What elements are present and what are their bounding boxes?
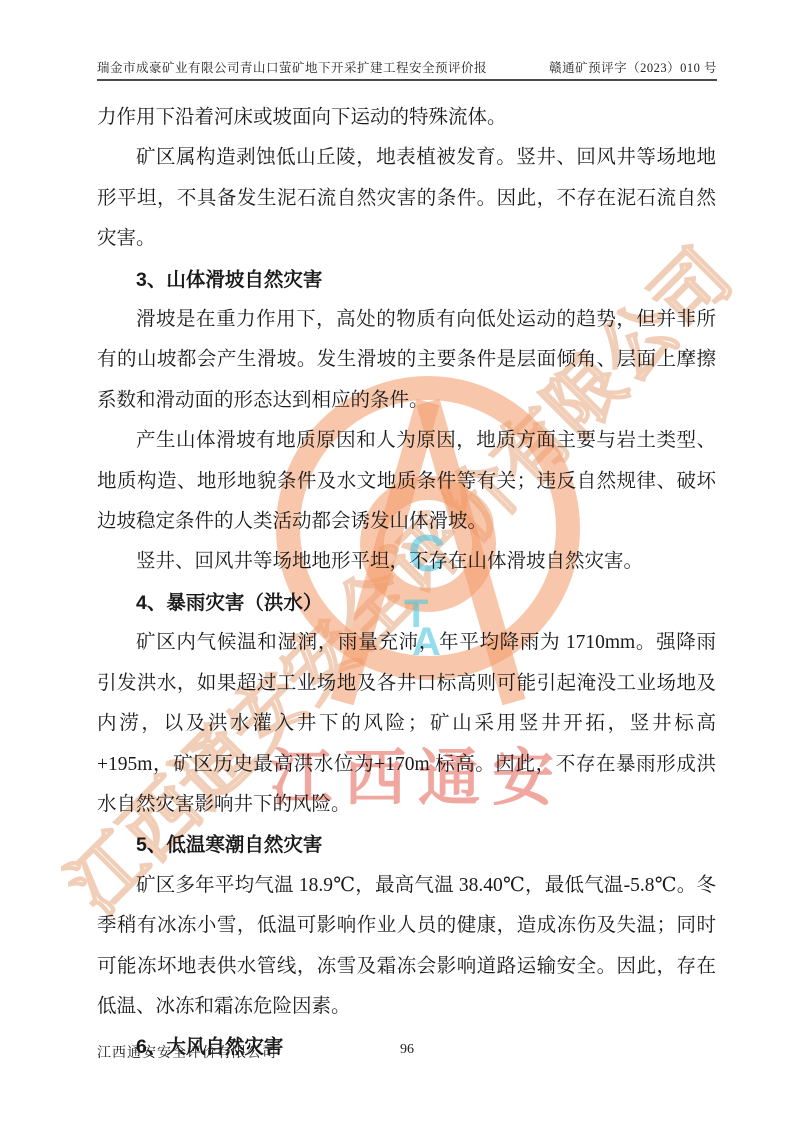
- paragraph-rainstorm-flood: 矿区内气候温和湿润，雨量充沛，年平均降雨为 1710mm。强降雨引发洪水，如果超…: [97, 623, 716, 825]
- header-document-number: 赣通矿预评字（2023）010 号: [549, 58, 717, 76]
- section-heading-cold-wave: 5、低温寒潮自然灾害: [97, 825, 716, 865]
- paragraph-landslide-causes: 产生山体滑坡有地质原因和人为原因，地质方面主要与岩土类型、地质构造、地形地貌条件…: [97, 421, 716, 542]
- document-page: 江西通安安全评价有限公司 C T A 江西通安 瑞金市成豪矿业有限公司青山口萤矿…: [0, 0, 800, 1131]
- paragraph-debris-flow-continuation: 力作用下沿着河床或坡面向下运动的特殊流体。: [97, 98, 716, 138]
- paragraph-debris-flow-conclusion: 矿区属构造剥蚀低山丘陵，地表植被发育。竖井、回风井等场地地形平坦，不具备发生泥石…: [97, 138, 716, 259]
- section-heading-landslide: 3、山体滑坡自然灾害: [97, 260, 716, 300]
- paragraph-landslide-definition: 滑坡是在重力作用下，高处的物质有向低处运动的趋势，但并非所有的山坡都会产生滑坡。…: [97, 300, 716, 421]
- document-body: 力作用下沿着河床或坡面向下运动的特殊流体。 矿区属构造剥蚀低山丘陵，地表植被发育…: [97, 98, 716, 1068]
- paragraph-cold-wave: 矿区多年平均气温 18.9℃，最高气温 38.40℃，最低气温-5.8℃。冬季稍…: [97, 866, 716, 1028]
- header-report-title: 瑞金市成豪矿业有限公司青山口萤矿地下开采扩建工程安全预评价报: [97, 58, 487, 76]
- paragraph-landslide-conclusion: 竖井、回风井等场地地形平坦，不存在山体滑坡自然灾害。: [97, 542, 716, 582]
- section-heading-rainstorm: 4、暴雨灾害（洪水）: [97, 583, 716, 623]
- page-header: 瑞金市成豪矿业有限公司青山口萤矿地下开采扩建工程安全预评价报 赣通矿预评字（20…: [97, 50, 717, 81]
- section-heading-gale: 6、大风自然灾害: [97, 1027, 716, 1067]
